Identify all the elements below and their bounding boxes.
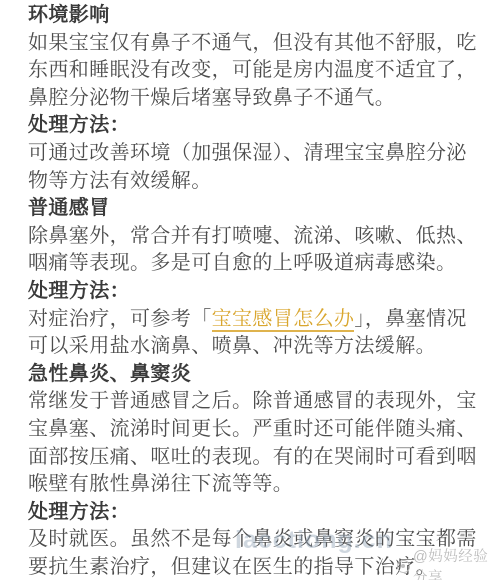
section-heading: 处理方法： bbox=[28, 278, 490, 306]
text-line: 喉壁有脓性鼻涕往下流等等。 bbox=[28, 471, 490, 499]
text-line: 对症治疗，可参考「宝宝感冒怎么办」，鼻塞情况 bbox=[28, 306, 490, 334]
text-line: 面部按压痛、呕吐的表现。有的在哭闹时可看到咽 bbox=[28, 444, 490, 472]
section-heading: 处理方法： bbox=[28, 112, 490, 140]
text-segment: 对症治疗，可参考「 bbox=[28, 308, 212, 330]
section-heading: 处理方法： bbox=[28, 499, 490, 527]
section-heading: 普通感冒 bbox=[28, 195, 490, 223]
text-line: 可通过改善环境（加强保湿）、清理宝宝鼻腔分泌 bbox=[28, 140, 490, 168]
article-page: 环境影响如果宝宝仅有鼻子不通气，但没有其他不舒服，吃东西和睡眠没有改变，可能是房… bbox=[0, 0, 500, 580]
text-line: 东西和睡眠没有改变，可能是房内温度不适宜了， bbox=[28, 57, 490, 85]
text-segment: 」，鼻塞情况 bbox=[354, 308, 466, 330]
text-line: 宝鼻塞、流涕时间更长。严重时还可能伴随头痛、 bbox=[28, 416, 490, 444]
text-line: 要抗生素治疗，但建议在医生的指导下治疗。 bbox=[28, 554, 490, 580]
section-heading: 急性鼻炎、鼻窦炎 bbox=[28, 361, 490, 389]
text-line: 如果宝宝仅有鼻子不通气，但没有其他不舒服，吃 bbox=[28, 30, 490, 58]
text-line: 可以采用盐水滴鼻、喷鼻、冲洗等方法缓解。 bbox=[28, 333, 490, 361]
article-content: 环境影响如果宝宝仅有鼻子不通气，但没有其他不舒服，吃东西和睡眠没有改变，可能是房… bbox=[28, 2, 490, 580]
text-line: 鼻腔分泌物干燥后堵塞导致鼻子不通气。 bbox=[28, 85, 490, 113]
text-line: 常继发于普通感冒之后。除普通感冒的表现外，宝 bbox=[28, 388, 490, 416]
text-line: 及时就医。虽然不是每个鼻炎或鼻窦炎的宝宝都需 bbox=[28, 526, 490, 554]
text-line: 除鼻塞外，常合并有打喷嚏、流涕、咳嗽、低热、 bbox=[28, 223, 490, 251]
text-line: 咽痛等表现。多是可自愈的上呼吸道病毒感染。 bbox=[28, 250, 490, 278]
link-baby-cold-article[interactable]: 宝宝感冒怎么办 bbox=[212, 308, 355, 332]
text-line: 物等方法有效缓解。 bbox=[28, 168, 490, 196]
section-heading: 环境影响 bbox=[28, 2, 490, 30]
